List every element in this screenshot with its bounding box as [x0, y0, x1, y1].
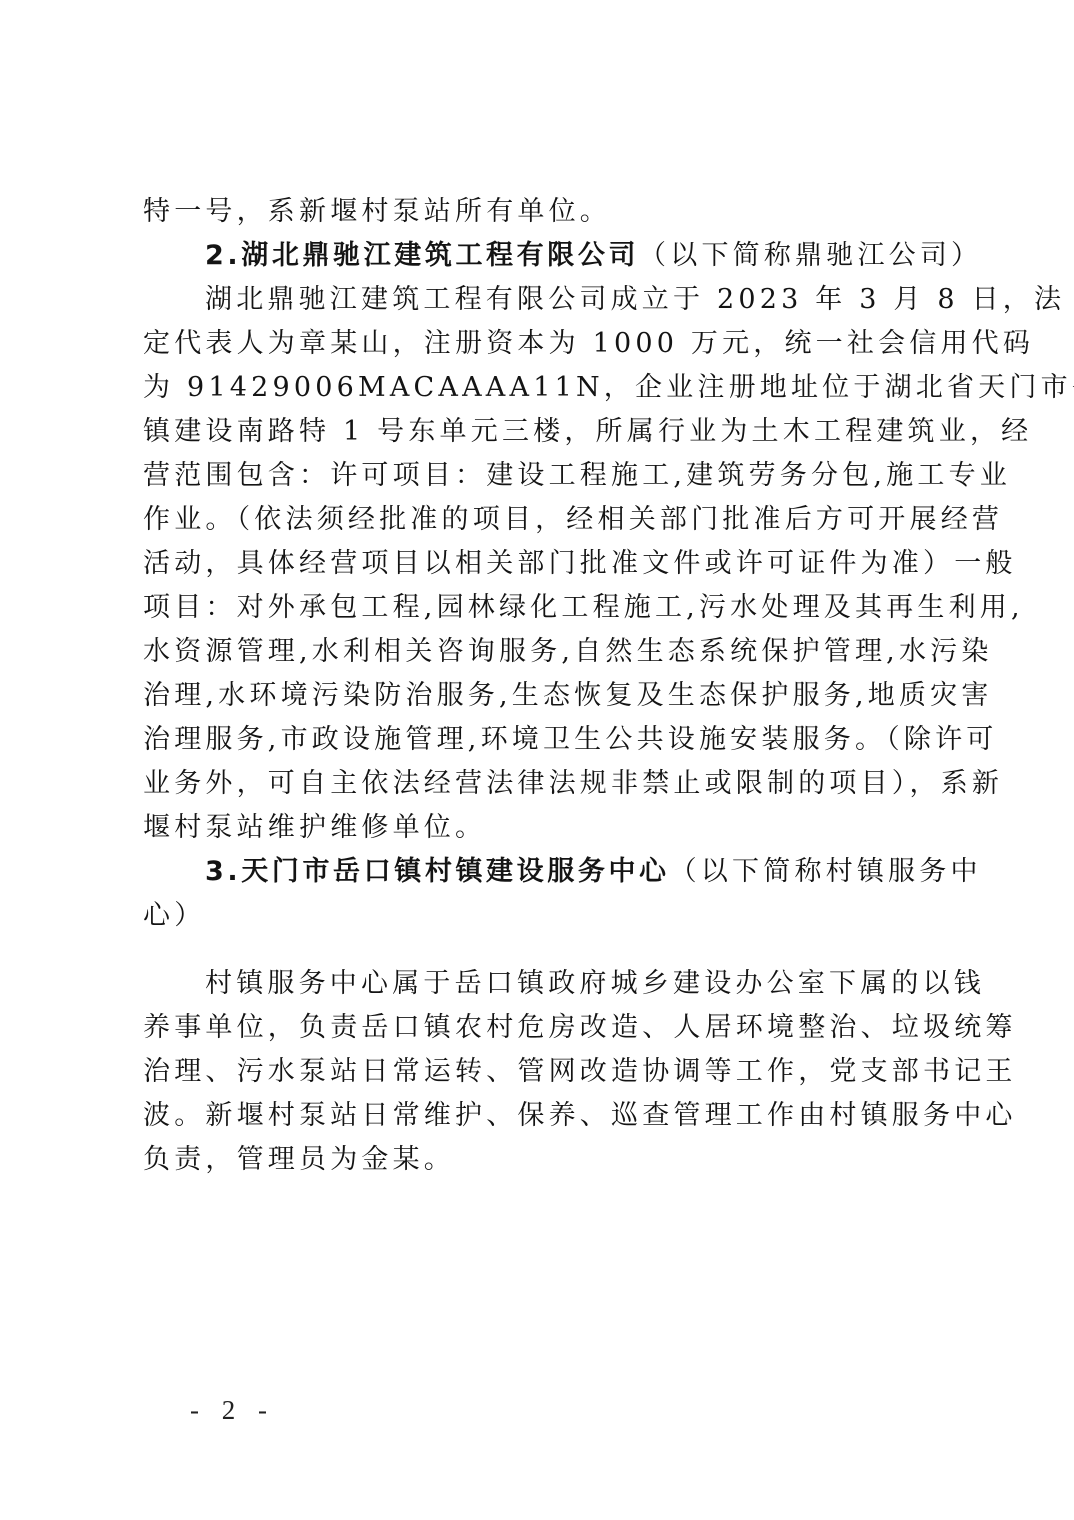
spacer [143, 938, 953, 962]
paragraph-line: 营范围包含：许可项目：建设工程施工,建筑劳务分包,施工专业 [143, 454, 953, 498]
paragraph-line: 定代表人为章某山，注册资本为 1000 万元，统一社会信用代码 [143, 322, 953, 366]
paragraph-line: 作业。（依法须经批准的项目，经相关部门批准后方可开展经营 [143, 498, 953, 542]
paragraph-line: 项目：对外承包工程,园林绿化工程施工,污水处理及其再生利用, [143, 586, 953, 630]
paragraph-line: 湖北鼎驰江建筑工程有限公司成立于 2023 年 3 月 8 日，法 [143, 278, 953, 322]
paragraph-line: 为 91429006MACAAAA11N，企业注册地址位于湖北省天门市岳口 [143, 366, 953, 410]
paragraph-line: 波。新堰村泵站日常维护、保养、巡查管理工作由村镇服务中心 [143, 1094, 953, 1138]
heading-suffix: （以下简称鼎驰江公司） [639, 240, 982, 271]
paragraph-line: 业务外，可自主依法经营法律法规非禁止或限制的项目），系新 [143, 762, 953, 806]
heading-title: 3.天门市岳口镇村镇建设服务中心 [205, 856, 670, 887]
paragraph-line: 治理,水环境污染防治服务,生态恢复及生态保护服务,地质灾害 [143, 674, 953, 718]
paragraph-line: 堰村泵站维护维修单位。 [143, 806, 953, 850]
paragraph-line: 负责，管理员为金某。 [143, 1138, 953, 1182]
paragraph-line: 心） [143, 894, 953, 938]
heading-suffix: （以下简称村镇服务中 [670, 856, 982, 887]
paragraph-line: 活动，具体经营项目以相关部门批准文件或许可证件为准）一般 [143, 542, 953, 586]
heading-title: 2.湖北鼎驰江建筑工程有限公司 [205, 240, 639, 271]
paragraph-line: 治理服务,市政设施管理,环境卫生公共设施安装服务。（除许可 [143, 718, 953, 762]
paragraph-line: 特一号，系新堰村泵站所有单位。 [143, 190, 953, 234]
paragraph-line: 养事单位，负责岳口镇农村危房改造、人居环境整治、垃圾统筹 [143, 1006, 953, 1050]
page-number: - 2 - [190, 1395, 275, 1426]
section-heading-2: 2.湖北鼎驰江建筑工程有限公司（以下简称鼎驰江公司） [143, 234, 953, 278]
paragraph-line: 村镇服务中心属于岳口镇政府城乡建设办公室下属的以钱 [143, 962, 953, 1006]
paragraph-line: 治理、污水泵站日常运转、管网改造协调等工作，党支部书记王 [143, 1050, 953, 1094]
section-heading-3: 3.天门市岳口镇村镇建设服务中心（以下简称村镇服务中 [143, 850, 953, 894]
paragraph-line: 水资源管理,水利相关咨询服务,自然生态系统保护管理,水污染 [143, 630, 953, 674]
document-body: 特一号，系新堰村泵站所有单位。 2.湖北鼎驰江建筑工程有限公司（以下简称鼎驰江公… [143, 190, 953, 1182]
paragraph-line: 镇建设南路特 1 号东单元三楼，所属行业为土木工程建筑业，经 [143, 410, 953, 454]
